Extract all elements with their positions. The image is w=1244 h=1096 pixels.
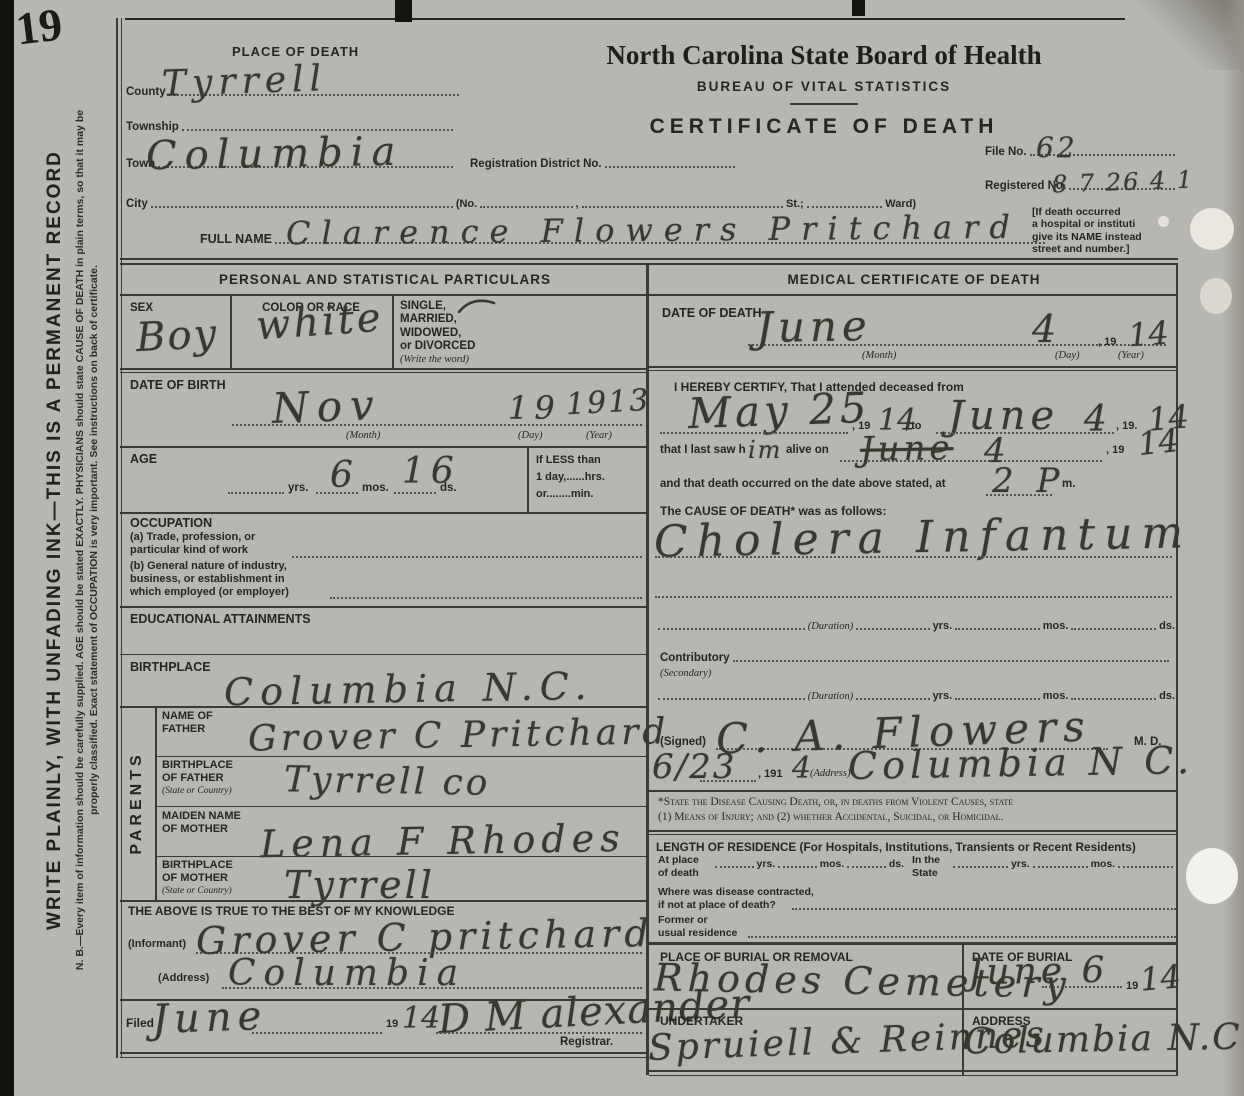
cause-blank-line-1 bbox=[655, 556, 1172, 558]
town-value: Columbia bbox=[146, 132, 404, 176]
occupation-row-bottom bbox=[120, 606, 646, 608]
cause-duration-row: (Duration) yrs. mos. ds. bbox=[655, 620, 1175, 632]
sidebar-nb-line1: N. B.—Every item of information should b… bbox=[74, 20, 86, 1060]
race-value: white bbox=[255, 298, 385, 347]
bureau-subtitle: BUREAU OF VITAL STATISTICS bbox=[598, 79, 1050, 94]
dod-day-value: 4 bbox=[1032, 310, 1056, 348]
residence-title: LENGTH OF RESIDENCE (For Hospitals, Inst… bbox=[656, 840, 1136, 854]
ward-blank bbox=[807, 206, 883, 208]
duration-mos-blank bbox=[955, 628, 1040, 630]
c-duration-mos-blank bbox=[955, 698, 1040, 700]
is-yrs-blank bbox=[953, 866, 1008, 868]
sidebar-main-line: WRITE PLAINLY, WITH UNFADING INK—THIS IS… bbox=[44, 20, 66, 1060]
age-mos-value: 6 bbox=[330, 458, 353, 494]
street-no-blank bbox=[480, 206, 572, 208]
education-label: EDUCATIONAL ATTAINMENTS bbox=[130, 612, 311, 626]
title-divider bbox=[790, 103, 858, 105]
attended-from-value: May 25 bbox=[687, 387, 871, 435]
last-saw-year-printed: , 19 bbox=[1106, 444, 1124, 456]
filed-label: Filed bbox=[126, 1016, 154, 1030]
right-column-bottom-2 bbox=[649, 1075, 1178, 1076]
ap-yrs-label: yrs. bbox=[757, 858, 776, 870]
informant-address-value: Columbia bbox=[228, 956, 466, 992]
cause-footnote-line2: (1) Means of Injury; and (2) whether Acc… bbox=[658, 811, 1178, 823]
city-label: City bbox=[126, 198, 148, 210]
alive-on-printed: alive on bbox=[786, 444, 829, 456]
secondary-caption: (Secondary) bbox=[660, 668, 711, 679]
burial-year-value: 14 bbox=[1139, 960, 1182, 995]
registration-district-row: Registration District No. bbox=[470, 158, 738, 170]
dod-month-value: June bbox=[756, 305, 873, 349]
duration-yrs-label: yrs. bbox=[933, 620, 953, 632]
age-cell-divider bbox=[527, 446, 529, 512]
registration-district-blank bbox=[605, 166, 735, 168]
file-no-row: File No. bbox=[985, 146, 1178, 158]
footnote-bottom-1 bbox=[649, 830, 1178, 832]
last-saw-month-value: June bbox=[860, 431, 954, 467]
age-ds-label: ds. bbox=[440, 482, 457, 494]
signed-address-value: Columbia N C. bbox=[848, 741, 1195, 785]
dod-year-printed: , 19 bbox=[1098, 336, 1116, 348]
last-saw-him-scribble: im bbox=[748, 438, 782, 462]
ap-mos-label: mos. bbox=[820, 858, 845, 870]
father-name-value: Grover C Pritchard bbox=[248, 714, 670, 757]
attended-to-year-printed: , 19. bbox=[1116, 420, 1137, 432]
left-binding-strip bbox=[0, 0, 14, 1096]
binder-tab-left bbox=[395, 0, 412, 22]
mother-birthplace-value: Tyrrell bbox=[284, 866, 435, 904]
dob-row-bottom bbox=[120, 446, 646, 448]
occurred-time-value: 2 P bbox=[992, 464, 1065, 498]
c-duration-yrs-label: yrs. bbox=[933, 690, 953, 702]
in-state-label: In the State bbox=[912, 854, 940, 879]
birthplace-row-bottom bbox=[120, 706, 646, 708]
c-duration-yrs-blank bbox=[856, 698, 929, 700]
age-row-bottom bbox=[120, 512, 646, 514]
former-residence-blank bbox=[748, 936, 1176, 938]
signed-date-blank bbox=[700, 780, 756, 782]
informant-address-label: (Address) bbox=[158, 972, 209, 984]
county-label: County bbox=[126, 86, 166, 98]
county-value: Tyrrell bbox=[161, 61, 327, 103]
if-less-than-label: If LESS than 1 day,......hrs. or........… bbox=[536, 452, 644, 503]
age-ds-blank bbox=[394, 492, 436, 494]
form-right-border bbox=[1176, 263, 1178, 1075]
attended-to-day-value: 4 bbox=[1084, 402, 1107, 438]
sidebar-rotated-text: WRITE PLAINLY, WITH UNFADING INK—THIS IS… bbox=[44, 20, 100, 1060]
age-label: AGE bbox=[130, 452, 157, 466]
sidebar-nb-line2: properly classified. Exact statement of … bbox=[88, 20, 100, 1060]
parents-block-bottom bbox=[120, 900, 646, 902]
dod-year-value: 14 bbox=[1127, 317, 1170, 352]
ap-ds-label: ds. bbox=[889, 858, 904, 870]
father-birthplace-label: BIRTHPLACE OF FATHER bbox=[162, 759, 233, 785]
hospital-note: [If death occurred a hospital or institu… bbox=[1032, 206, 1182, 256]
father-birthplace-value: Tyrrell co bbox=[284, 762, 491, 802]
header-bottom-rule-1 bbox=[120, 258, 1178, 260]
street-no-comma: , bbox=[576, 198, 579, 210]
dob-day-value: 19 bbox=[508, 392, 561, 424]
occupation-a-blank bbox=[292, 556, 642, 558]
signed-year-value: 4 bbox=[792, 754, 811, 784]
informant-label: (Informant) bbox=[128, 938, 186, 950]
parents-spine-divider bbox=[155, 706, 157, 900]
ap-mos-blank bbox=[778, 866, 817, 868]
ap-yrs-blank bbox=[715, 866, 754, 868]
c-duration-lead-blank bbox=[658, 698, 805, 700]
signed-year-printed: , 191 bbox=[758, 768, 782, 780]
education-row-bottom bbox=[120, 654, 646, 655]
filed-year-printed: 19 bbox=[386, 1018, 398, 1030]
township-label: Township bbox=[126, 121, 179, 133]
c-duration-ds-blank bbox=[1071, 698, 1156, 700]
registrar-blank bbox=[436, 1032, 642, 1034]
city-row: City (No. , St.; Ward) bbox=[126, 198, 916, 210]
dod-year-caption: (Year) bbox=[1118, 350, 1144, 361]
full-name-label: FULL NAME bbox=[200, 232, 272, 246]
attended-from-blank bbox=[660, 432, 848, 434]
signed-row-bottom bbox=[649, 790, 1178, 792]
c-duration-caption: (Duration) bbox=[808, 691, 854, 702]
occupation-a-label: (a) Trade, profession, or particular kin… bbox=[130, 531, 255, 557]
birthplace-label: BIRTHPLACE bbox=[130, 660, 211, 674]
cause-blank-line-2 bbox=[655, 596, 1172, 598]
burial-row-bottom bbox=[649, 1008, 1178, 1010]
duration-ds-blank bbox=[1071, 628, 1156, 630]
contributory-blank bbox=[733, 660, 1169, 662]
dod-row-bottom-2 bbox=[649, 370, 1178, 371]
signed-address-caption: (Address) bbox=[810, 768, 850, 779]
dob-year-value: 1913 bbox=[565, 386, 651, 420]
header-bottom-rule-2 bbox=[120, 263, 1178, 265]
left-section-title: PERSONAL AND STATISTICAL PARTICULARS bbox=[126, 272, 644, 287]
race-marital-divider bbox=[392, 296, 394, 370]
sex-row-bottom-1 bbox=[120, 368, 646, 370]
dob-month-caption: (Month) bbox=[346, 430, 380, 441]
form-left-border-inner bbox=[121, 18, 122, 1058]
occupation-label: OCCUPATION bbox=[130, 516, 212, 530]
father-name-label: NAME OF FATHER bbox=[162, 710, 213, 736]
duration-ds-label: ds. bbox=[1159, 620, 1175, 632]
is-end-blank bbox=[1118, 866, 1173, 868]
mother-birthplace-caption: (State or Country) bbox=[162, 886, 232, 896]
punch-hole bbox=[1186, 848, 1238, 904]
parents-spine-label: PARENTS bbox=[128, 743, 146, 863]
mother-name-row-bottom bbox=[155, 856, 646, 857]
former-residence-label: Former or usual residence bbox=[658, 914, 737, 939]
mother-name-label: MAIDEN NAME OF MOTHER bbox=[162, 810, 241, 836]
duration-lead-blank bbox=[658, 628, 805, 630]
city-blank-line bbox=[151, 206, 453, 208]
filed-blank bbox=[252, 1032, 382, 1034]
sex-label: SEX bbox=[130, 302, 153, 314]
dod-label: DATE OF DEATH bbox=[662, 306, 762, 320]
father-name-row-bottom bbox=[155, 756, 646, 757]
at-place-label: At place of death bbox=[658, 854, 699, 879]
street-name-blank bbox=[582, 206, 783, 208]
residence-bottom bbox=[649, 942, 1178, 945]
place-of-death-label: PLACE OF DEATH bbox=[232, 44, 359, 59]
dod-row-bottom-1 bbox=[649, 366, 1178, 368]
birthplace-value: Columbia N.C. bbox=[224, 667, 594, 711]
tear-spot-1 bbox=[1190, 208, 1234, 250]
left-column-bottom-1 bbox=[120, 1052, 649, 1054]
last-saw-printed: that I last saw h bbox=[660, 444, 746, 456]
marital-write-word-caption: (Write the word) bbox=[400, 354, 469, 365]
is-yrs-label: yrs. bbox=[1011, 858, 1030, 870]
contributory-duration-row: (Duration) yrs. mos. ds. bbox=[655, 690, 1175, 702]
undertaker-address-value: Columbia N.C. bbox=[964, 1019, 1244, 1060]
contributory-row: Contributory bbox=[660, 652, 1172, 664]
duration-mos-label: mos. bbox=[1043, 620, 1069, 632]
mother-birthplace-label: BIRTHPLACE OF MOTHER bbox=[162, 859, 233, 885]
last-saw-year-value: 14 bbox=[1136, 424, 1180, 460]
top-edge-line bbox=[125, 18, 1125, 20]
footnote-bottom-2 bbox=[649, 834, 1178, 835]
c-duration-mos-label: mos. bbox=[1043, 690, 1069, 702]
full-name-value: Clarence Flowers Pritchard bbox=[286, 211, 1021, 249]
titles-underline bbox=[120, 294, 1178, 296]
age-yrs-label: yrs. bbox=[288, 482, 308, 494]
file-no-label: File No. bbox=[985, 146, 1027, 158]
c-duration-ds-label: ds. bbox=[1159, 690, 1175, 702]
dob-month-value: Nov bbox=[271, 384, 382, 430]
burial-date-blank bbox=[1042, 986, 1122, 988]
father-birthplace-row-bottom bbox=[155, 806, 646, 807]
torn-right-edge bbox=[1222, 0, 1244, 1096]
contributory-label: Contributory bbox=[660, 652, 730, 664]
filed-year-value: 14 bbox=[402, 1004, 440, 1034]
attended-to-value: June bbox=[948, 396, 1059, 436]
contracted-label: Where was disease contracted, if not at … bbox=[658, 886, 814, 911]
at-place-row: yrs. mos. ds. bbox=[712, 858, 904, 870]
dod-day-caption: (Day) bbox=[1055, 350, 1080, 361]
street-label: St.; bbox=[786, 198, 804, 210]
dob-day-caption: (Day) bbox=[518, 430, 543, 441]
form-left-border-outer bbox=[116, 18, 118, 1058]
file-no-value: 62 bbox=[1036, 134, 1078, 162]
age-yrs-blank bbox=[228, 492, 284, 494]
burial-year-printed: 19 bbox=[1126, 980, 1138, 992]
tear-spot-2 bbox=[1200, 278, 1232, 314]
dob-label: DATE OF BIRTH bbox=[130, 378, 226, 392]
marital-pen-mark bbox=[456, 294, 500, 316]
father-birthplace-caption: (State or Country) bbox=[162, 786, 232, 796]
street-no-label: (No. bbox=[456, 198, 477, 210]
in-state-row: yrs. mos. bbox=[950, 858, 1176, 870]
cause-footnote-line1: *State the Disease Causing Death, or, in… bbox=[658, 796, 1178, 808]
is-mos-blank bbox=[1033, 866, 1088, 868]
registration-district-label: Registration District No. bbox=[470, 158, 602, 170]
right-column-bottom-1 bbox=[649, 1070, 1178, 1072]
binder-tab-right bbox=[852, 0, 865, 16]
ap-ds-blank bbox=[847, 866, 886, 868]
registrar-label: Registrar. bbox=[560, 1036, 613, 1048]
occupation-b-label: (b) General nature of industry, business… bbox=[130, 560, 289, 600]
dob-year-caption: (Year) bbox=[586, 430, 612, 441]
dod-month-caption: (Month) bbox=[862, 350, 896, 361]
right-section-title: MEDICAL CERTIFICATE OF DEATH bbox=[650, 272, 1178, 287]
sex-value: Boy bbox=[135, 314, 219, 358]
occurred-m-printed: m. bbox=[1062, 478, 1075, 490]
certificate-title: CERTIFICATE OF DEATH bbox=[598, 115, 1050, 139]
death-occurred-printed: and that death occurred on the date abov… bbox=[660, 478, 946, 490]
scanned-death-certificate: 19 WRITE PLAINLY, WITH UNFADING INK—THIS… bbox=[0, 0, 1244, 1096]
board-title: North Carolina State Board of Health bbox=[598, 40, 1050, 71]
contracted-blank bbox=[792, 908, 1176, 910]
left-column-bottom-2 bbox=[120, 1057, 649, 1058]
occupation-b-blank bbox=[330, 597, 642, 599]
duration-caption: (Duration) bbox=[808, 621, 854, 632]
sex-row-bottom-2 bbox=[120, 372, 646, 373]
registered-no-value: 8 7 26 4 1 bbox=[1052, 168, 1195, 197]
filed-month-value: June bbox=[151, 996, 268, 1040]
duration-yrs-blank bbox=[856, 628, 929, 630]
is-mos-label: mos. bbox=[1091, 858, 1116, 870]
signed-date-value: 6/23 bbox=[652, 750, 736, 784]
age-mos-label: mos. bbox=[362, 482, 389, 494]
